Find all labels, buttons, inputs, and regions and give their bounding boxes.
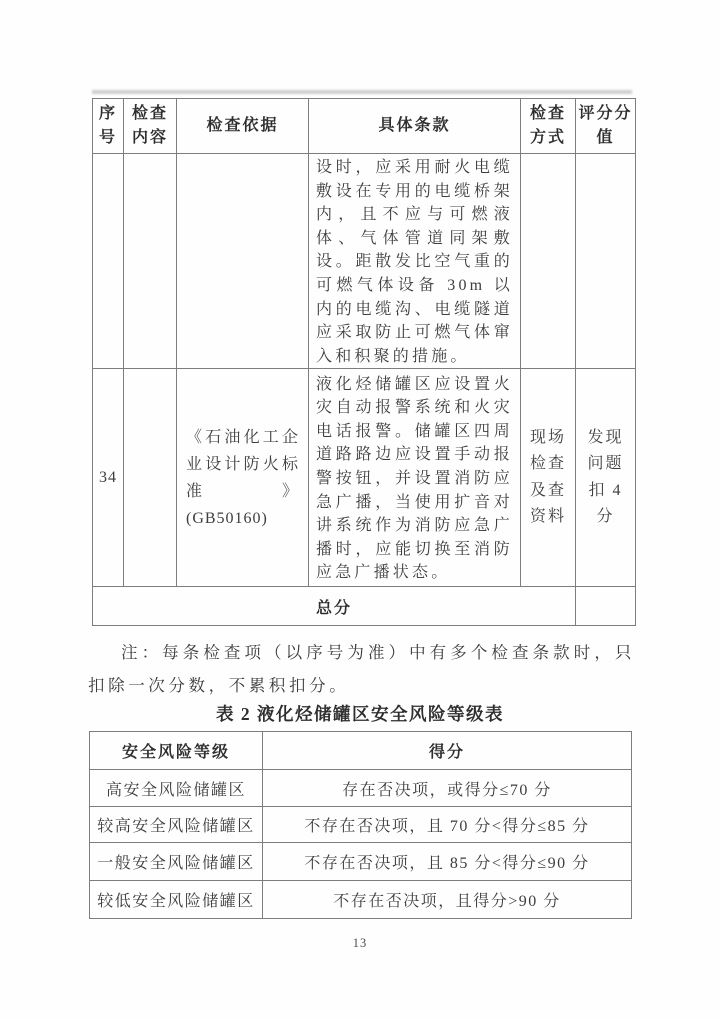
- basis-cell: [177, 154, 309, 369]
- page-number: 13: [0, 936, 720, 951]
- clause-cell: 设时，应采用耐火电缆敷设在专用的电缆桥架内，且不应与可燃液体、气体管道同架敷设。…: [309, 154, 521, 369]
- points-cell: 不存在否决项，且得分>90 分: [263, 881, 632, 919]
- points-cell: 存在否决项，或得分≤70 分: [263, 770, 632, 807]
- table-row-higher-risk: 较高安全风险储罐区 不存在否决项，且 70 分<得分≤85 分: [90, 807, 632, 843]
- table-row-continued: 设时，应采用耐火电缆敷设在专用的电缆桥架内，且不应与可燃液体、气体管道同架敷设。…: [93, 154, 636, 369]
- clause-cell: 液化烃储罐区应设置火灾自动报警系统和火灾电话报警。储罐区四周道路路边应设置手动报…: [309, 369, 521, 587]
- serial-cell: 34: [93, 369, 124, 587]
- table-row-lower-risk: 较低安全风险储罐区 不存在否决项，且得分>90 分: [90, 881, 632, 919]
- inspection-checklist-table: 序号 检查内容 检查依据 具体条款 检查方式 评分分值 设时，应采用耐火电缆敷设…: [92, 98, 636, 626]
- scan-artifact-line: [92, 90, 632, 94]
- table1-header-row: 序号 检查内容 检查依据 具体条款 检查方式 评分分值: [93, 99, 636, 154]
- table2-title: 表 2 液化烃储罐区安全风险等级表: [0, 701, 720, 726]
- col-header-content: 检查内容: [124, 99, 177, 154]
- content-cell: [124, 154, 177, 369]
- score-cell: [576, 154, 636, 369]
- risk-level-cell: 高安全风险储罐区: [90, 770, 263, 807]
- total-score-row: 总分: [93, 587, 636, 626]
- risk-level-table: 安全风险等级 得分 高安全风险储罐区 存在否决项，或得分≤70 分 较高安全风险…: [89, 731, 632, 919]
- points-cell: 不存在否决项，且 85 分<得分≤90 分: [263, 843, 632, 881]
- col-header-points: 得分: [263, 732, 632, 770]
- total-score-value-cell: [576, 587, 636, 626]
- note-text: 注：每条检查项（以序号为准）中有多个检查条款时，只扣除一次分数，不累积扣分。: [88, 637, 635, 702]
- col-header-serial: 序号: [93, 99, 124, 154]
- serial-cell: [93, 154, 124, 369]
- points-cell: 不存在否决项，且 70 分<得分≤85 分: [263, 807, 632, 843]
- col-header-score: 评分分值: [576, 99, 636, 154]
- risk-level-cell: 较低安全风险储罐区: [90, 881, 263, 919]
- score-cell: 发现问题扣 4 分: [576, 369, 636, 587]
- risk-level-cell: 较高安全风险储罐区: [90, 807, 263, 843]
- col-header-method: 检查方式: [521, 99, 576, 154]
- table-row-34: 34 《石油化工企业设计防火标准》(GB50160) 液化烃储罐区应设置火灾自动…: [93, 369, 636, 587]
- col-header-basis: 检查依据: [177, 99, 309, 154]
- method-cell: [521, 154, 576, 369]
- document-page: 序号 检查内容 检查依据 具体条款 检查方式 评分分值 设时，应采用耐火电缆敷设…: [0, 0, 720, 1019]
- risk-level-cell: 一般安全风险储罐区: [90, 843, 263, 881]
- content-cell: [124, 369, 177, 587]
- table-row-general-risk: 一般安全风险储罐区 不存在否决项，且 85 分<得分≤90 分: [90, 843, 632, 881]
- table-row-high-risk: 高安全风险储罐区 存在否决项，或得分≤70 分: [90, 770, 632, 807]
- method-cell: 现场检查及查资料: [521, 369, 576, 587]
- table2-header-row: 安全风险等级 得分: [90, 732, 632, 770]
- basis-cell: 《石油化工企业设计防火标准》(GB50160): [177, 369, 309, 587]
- total-score-label: 总分: [93, 587, 576, 626]
- col-header-risk-level: 安全风险等级: [90, 732, 263, 770]
- col-header-clause: 具体条款: [309, 99, 521, 154]
